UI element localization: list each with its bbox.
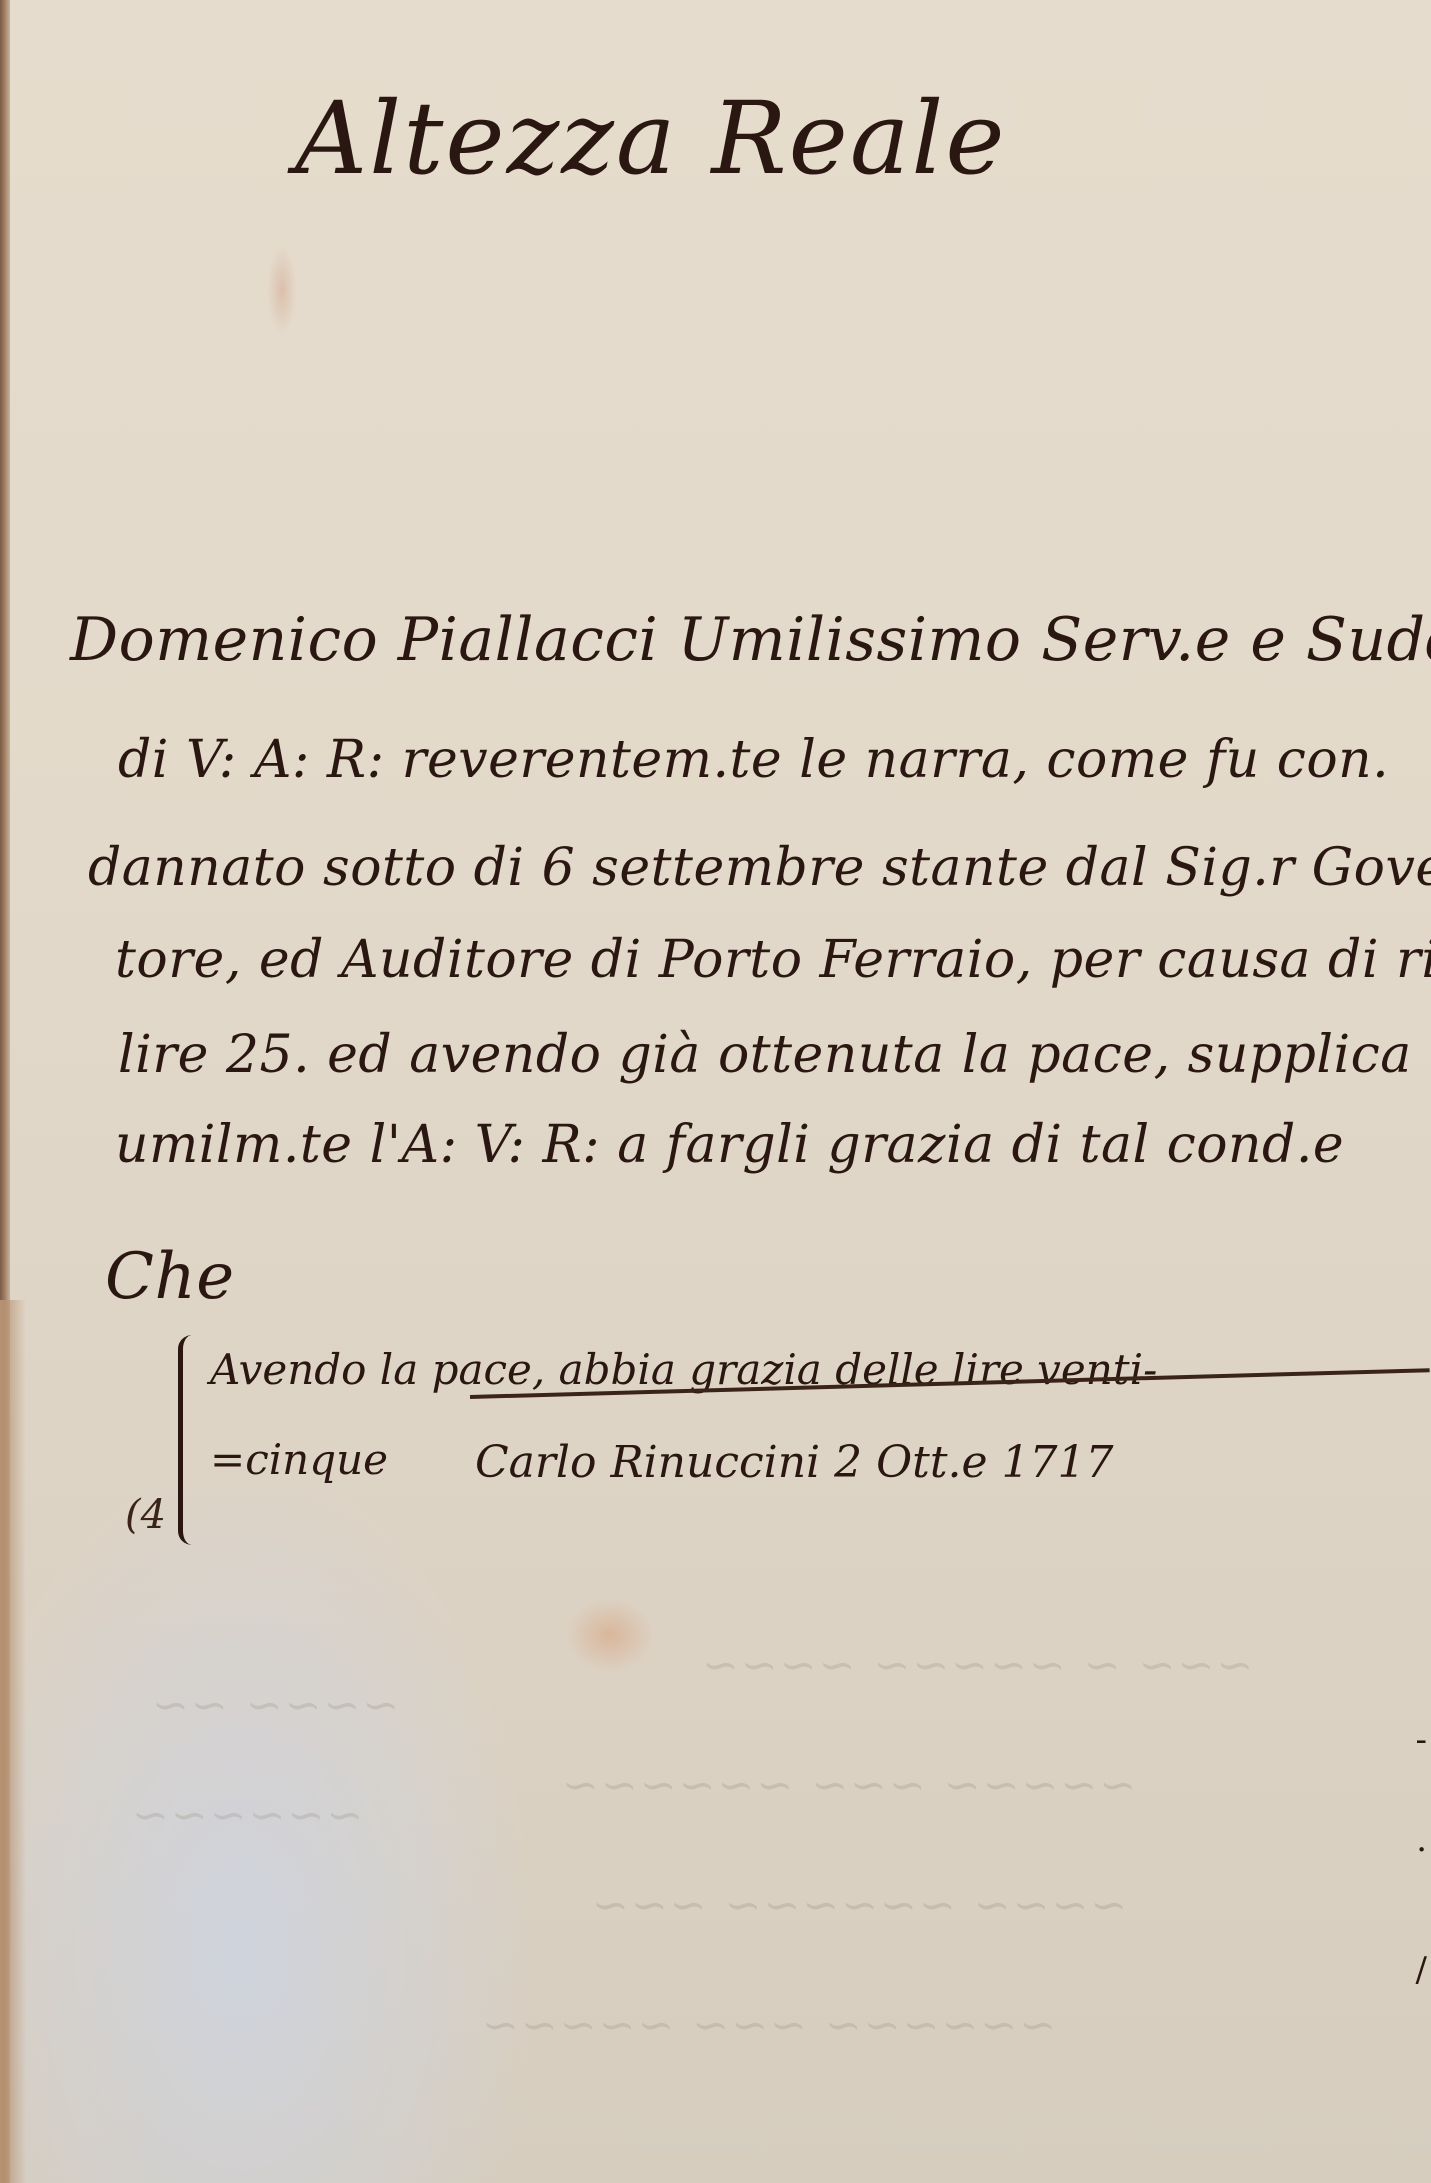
manuscript-page: ~~~ ~ ~~~~~ ~~~~ ~~~~~ ~~~ ~~~~~~ ~~~~ ~… — [0, 0, 1431, 2183]
bleed-through-text: ~~~~~ ~~~ ~~~~~~ — [560, 1760, 1136, 1811]
margin-mark: / — [1416, 1950, 1427, 1990]
margin-mark: · — [1416, 1830, 1427, 1870]
body-line-5: lire 25. ed avendo già ottenuta la pace,… — [118, 1025, 1412, 1085]
margin-mark: - — [1416, 1720, 1428, 1760]
rescript-line-2: =cinque — [210, 1435, 388, 1484]
bleed-through-text: ~~~ ~ ~~~~~ ~~~~ — [700, 1640, 1253, 1691]
body-line-2: di V: A: R: reverentem.te le narra, come… — [118, 730, 1389, 790]
signature: Carlo Rinuccini 2 Ott.e 1717 — [475, 1437, 1114, 1488]
folio-mark: (4 — [125, 1492, 166, 1538]
bleed-through-text: ~~~~ ~~ — [150, 1680, 399, 1731]
body-line-3: dannato sotto di 6 settembre stante dal … — [88, 838, 1431, 898]
page-edge-shadow — [0, 1300, 26, 2183]
body-line-6: umilm.te l'A: V: R: a fargli grazia di t… — [115, 1115, 1344, 1175]
body-line-7-che: Che — [105, 1240, 235, 1314]
body-line-4: tore, ed Auditore di Porto Ferraio, per … — [115, 930, 1431, 990]
document-title: Altezza Reale — [295, 80, 1007, 197]
bleed-through-text: ~~~~~~ ~~~ ~~~~~ — [480, 2000, 1056, 2051]
body-line-1: Domenico Piallacci Umilissimo Serv.e e S… — [70, 605, 1431, 675]
rescript-line-1: Avendo la pace, abbia grazia delle lire … — [210, 1345, 1157, 1394]
rescript-bracket — [178, 1335, 201, 1545]
bleed-through-text: ~~~~~~ — [130, 1790, 363, 1841]
bleed-through-text: ~~~~ ~~~~~~ ~~~ — [590, 1880, 1127, 1931]
